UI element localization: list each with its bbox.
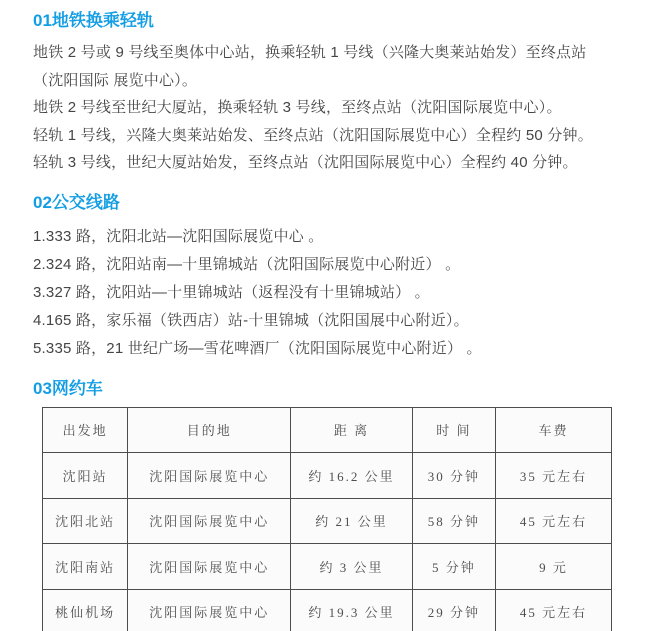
bus-line-item: 5.335 路，21 世纪广场—雪花啤酒厂（沈阳国际展览中心附近） 。 (33, 335, 634, 363)
cell-destination: 沈阳国际展览中心 (128, 453, 291, 499)
section-bus-lines: 02公交线路 1.333 路，沈阳北站—沈阳国际展览中心 。 2.324 路，沈… (33, 192, 634, 363)
bus-line-item: 1.333 路，沈阳北站—沈阳国际展览中心 。 (33, 223, 634, 251)
section-heading-ride-hailing: 03网约车 (33, 378, 634, 400)
cell-distance: 约 19.3 公里 (291, 589, 413, 631)
col-header-fare: 车费 (495, 407, 611, 453)
bus-line-item: 3.327 路，沈阳站—十里锦城站（返程没有十里锦城站） 。 (33, 279, 634, 307)
table-row: 桃仙机场 沈阳国际展览中心 约 19.3 公里 29 分钟 45 元左右 (43, 589, 612, 631)
cell-fare: 9 元 (495, 544, 611, 590)
metro-paragraph-line: 轻轨 1 号线，兴隆大奥莱站始发、至终点站（沈阳国际展览中心）全程约 50 分钟… (33, 122, 634, 150)
metro-paragraph-line: （沈阳国际 展览中心）。 (33, 67, 634, 95)
cell-time: 30 分钟 (412, 453, 495, 499)
section-metro-lightrail: 01地铁换乘轻轨 地铁 2 号或 9 号线至奥体中心站，换乘轻轨 1 号线（兴隆… (33, 10, 634, 177)
cell-destination: 沈阳国际展览中心 (128, 544, 291, 590)
table-header-row: 出发地 目的地 距 离 时 间 车费 (43, 407, 612, 453)
cell-fare: 35 元左右 (495, 453, 611, 499)
cell-distance: 约 3 公里 (291, 544, 413, 590)
ride-hailing-table: 出发地 目的地 距 离 时 间 车费 沈阳站 沈阳国际展览中心 约 16.2 公… (42, 407, 612, 631)
cell-destination: 沈阳国际展览中心 (128, 589, 291, 631)
metro-paragraph-line: 轻轨 3 号线，世纪大厦站始发，至终点站（沈阳国际展览中心）全程约 40 分钟。 (33, 149, 634, 177)
metro-paragraph-line: 地铁 2 号或 9 号线至奥体中心站，换乘轻轨 1 号线（兴隆大奥莱站始发）至终… (33, 39, 634, 67)
cell-time: 5 分钟 (412, 544, 495, 590)
cell-time: 29 分钟 (412, 589, 495, 631)
table-row: 沈阳北站 沈阳国际展览中心 约 21 公里 58 分钟 45 元左右 (43, 498, 612, 544)
cell-departure: 沈阳北站 (43, 498, 128, 544)
cell-distance: 约 21 公里 (291, 498, 413, 544)
section-heading-metro: 01地铁换乘轻轨 (33, 10, 634, 32)
cell-fare: 45 元左右 (495, 498, 611, 544)
cell-destination: 沈阳国际展览中心 (128, 498, 291, 544)
table-row: 沈阳南站 沈阳国际展览中心 约 3 公里 5 分钟 9 元 (43, 544, 612, 590)
cell-departure: 沈阳南站 (43, 544, 128, 590)
article-page: 01地铁换乘轻轨 地铁 2 号或 9 号线至奥体中心站，换乘轻轨 1 号线（兴隆… (0, 0, 660, 631)
bus-line-item: 2.324 路，沈阳站南—十里锦城站（沈阳国际展览中心附近） 。 (33, 251, 634, 279)
col-header-destination: 目的地 (128, 407, 291, 453)
cell-departure: 沈阳站 (43, 453, 128, 499)
col-header-time: 时 间 (412, 407, 495, 453)
col-header-distance: 距 离 (291, 407, 413, 453)
table-row: 沈阳站 沈阳国际展览中心 约 16.2 公里 30 分钟 35 元左右 (43, 453, 612, 499)
col-header-departure: 出发地 (43, 407, 128, 453)
metro-paragraph-line: 地铁 2 号线至世纪大厦站，换乘轻轨 3 号线，至终点站（沈阳国际展览中心）。 (33, 94, 634, 122)
ride-hailing-table-image: 出发地 目的地 距 离 时 间 车费 沈阳站 沈阳国际展览中心 约 16.2 公… (42, 407, 612, 631)
cell-time: 58 分钟 (412, 498, 495, 544)
cell-distance: 约 16.2 公里 (291, 453, 413, 499)
section-ride-hailing: 03网约车 出发地 目的地 距 离 时 间 车费 沈阳 (33, 378, 634, 631)
section-heading-bus: 02公交线路 (33, 192, 634, 214)
bus-line-item: 4.165 路，家乐福（铁西店）站-十里锦城（沈阳国展中心附近）。 (33, 307, 634, 335)
cell-fare: 45 元左右 (495, 589, 611, 631)
cell-departure: 桃仙机场 (43, 589, 128, 631)
